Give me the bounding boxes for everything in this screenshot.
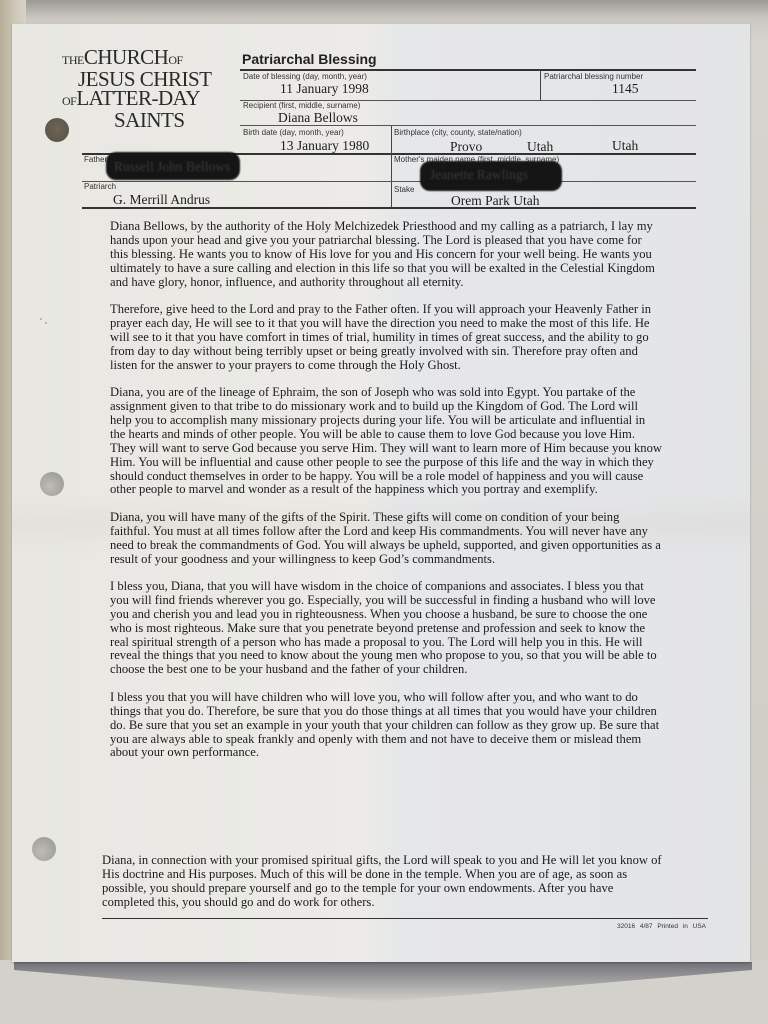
value-birthplace-county: Utah xyxy=(527,139,553,155)
value-patriarch: G. Merrill Andrus xyxy=(113,192,210,208)
value-mother-maiden-name: Jeanette Rawlings xyxy=(430,167,528,183)
value-blessing-number: 1145 xyxy=(612,81,639,97)
value-stake: Orem Park Utah xyxy=(451,193,539,209)
label-recipient: Recipient (first, middle, surname) xyxy=(243,101,360,110)
redaction-mother-name: Jeanette Rawlings xyxy=(420,161,562,191)
value-recipient: Diana Bellows xyxy=(278,110,358,126)
blessing-paragraph: Diana Bellows, by the authority of the H… xyxy=(110,220,662,290)
field-divider xyxy=(391,126,392,208)
logo-church: CHURCH xyxy=(84,45,169,69)
field-divider xyxy=(540,70,541,101)
blessing-text: Diana Bellows, by the authority of the H… xyxy=(110,220,662,774)
logo-of-2: OF xyxy=(62,94,76,108)
label-blessing-number: Patriarchal blessing number xyxy=(544,72,643,81)
paper-speck xyxy=(40,318,42,320)
value-birthplace-state: Utah xyxy=(612,138,638,154)
church-logo: THECHURCHOF JESUS CHRIST OFLATTER-DAY SA… xyxy=(62,48,232,130)
logo-latter-day: LATTER-DAY xyxy=(76,86,200,110)
logo-the: THE xyxy=(62,53,84,67)
value-father-name: Russell John Bellows xyxy=(114,159,230,175)
blessing-paragraph: Diana, in connection with your promised … xyxy=(102,854,662,910)
blessing-paragraph: Therefore, give heed to the Lord and pra… xyxy=(110,303,662,373)
value-birth-date: 13 January 1980 xyxy=(280,138,369,154)
binder-hole-bottom xyxy=(32,837,56,861)
label-stake: Stake xyxy=(394,185,414,194)
form-number: 32016 xyxy=(617,923,635,930)
blessing-paragraph: Diana, you are of the lineage of Ephraim… xyxy=(110,386,662,497)
form-footer: 32016 4/87 Printed in USA xyxy=(617,923,706,930)
redaction-father-name: Russell John Bellows xyxy=(106,152,240,180)
header-rule xyxy=(240,69,696,71)
field-rule xyxy=(82,181,696,182)
paper-speck xyxy=(45,322,47,324)
label-birth-date: Birth date (day, month, year) xyxy=(243,128,344,137)
blessing-paragraph: I bless you that you will have children … xyxy=(110,691,662,761)
blessing-paragraph: I bless you, Diana, that you will have w… xyxy=(110,580,662,677)
logo-of: OF xyxy=(168,53,182,67)
binder-hole-middle xyxy=(40,472,64,496)
value-birthplace-city: Provo xyxy=(450,139,482,155)
form-title: Patriarchal Blessing xyxy=(242,51,377,67)
value-date-of-blessing: 11 January 1998 xyxy=(280,81,369,97)
label-patriarch: Patriarch xyxy=(84,182,116,191)
form-revision: 4/87 xyxy=(640,923,653,930)
label-date-of-blessing: Date of blessing (day, month, year) xyxy=(243,72,367,81)
label-birthplace: Birthplace (city, county, state/nation) xyxy=(394,128,522,137)
footer-rule xyxy=(102,918,708,919)
blessing-paragraph: Diana, you will have many of the gifts o… xyxy=(110,511,662,567)
logo-saints: SAINTS xyxy=(62,111,232,130)
printed-in: Printed in USA xyxy=(657,923,706,930)
